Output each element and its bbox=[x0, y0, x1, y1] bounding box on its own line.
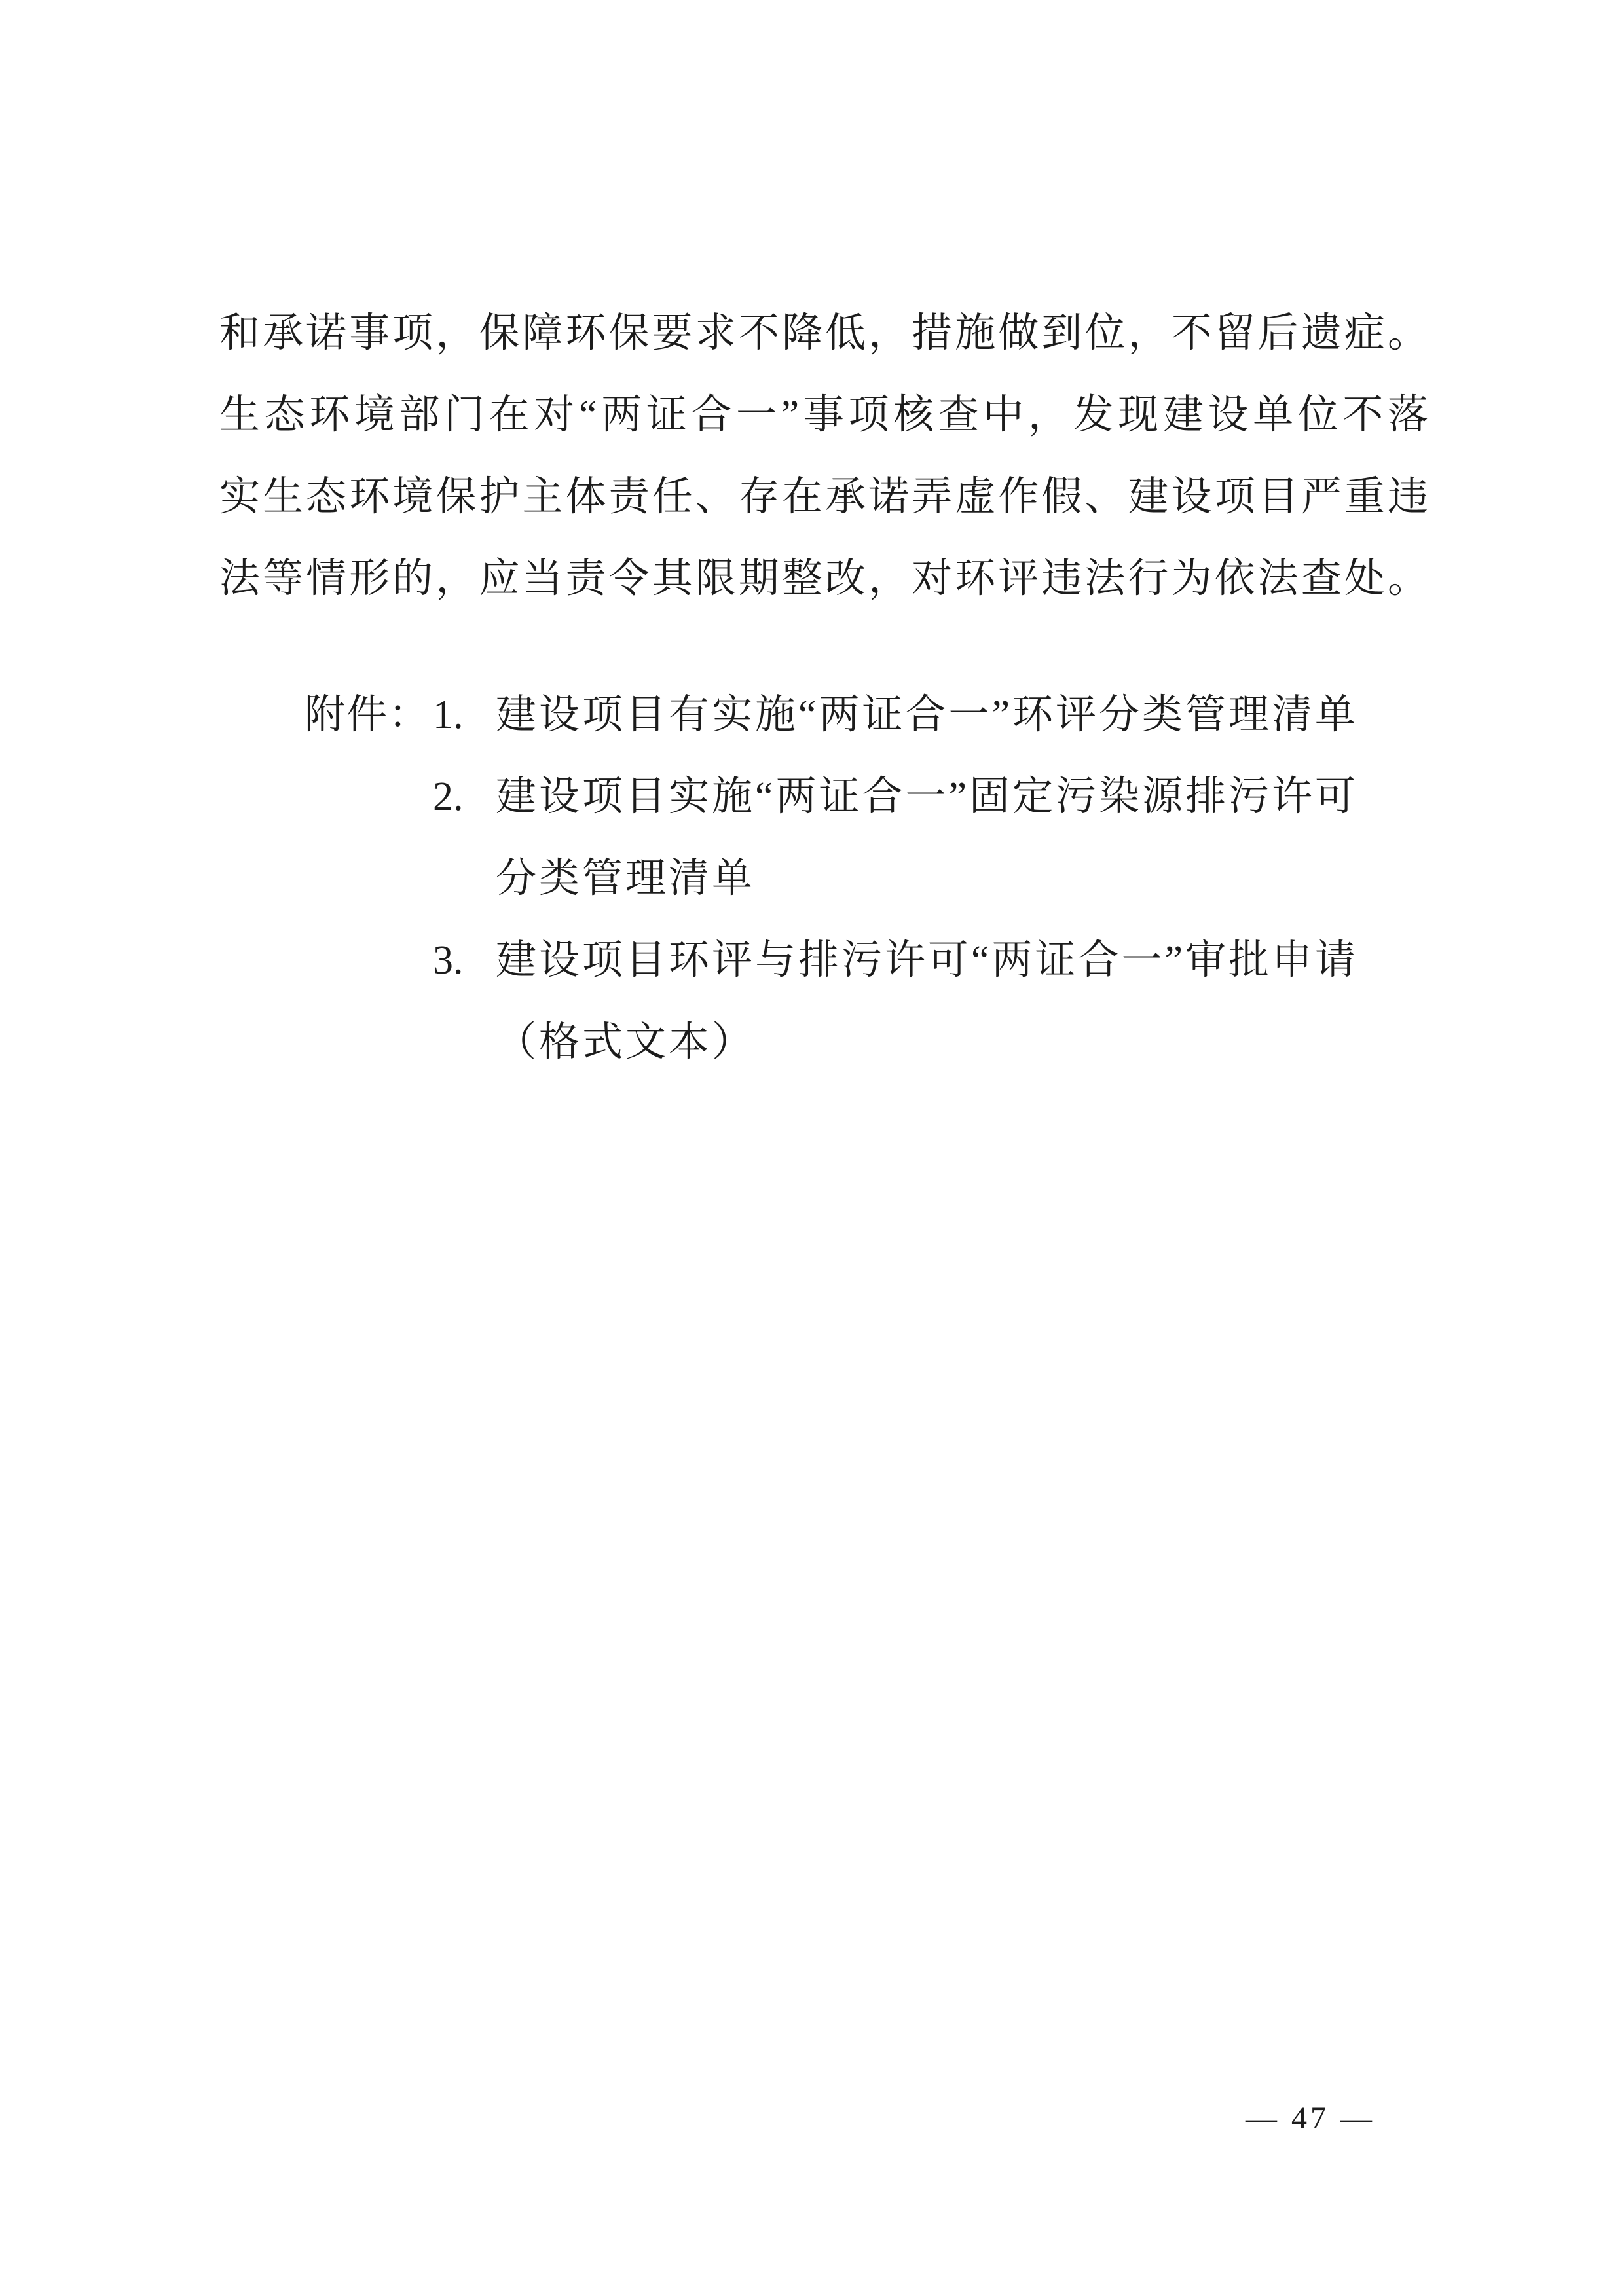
paragraph-line-1: 和承诺事项，保障环保要求不降低，措施做到位，不留后遗症。 bbox=[219, 293, 1428, 374]
attachment-item-1-text: 建设项目有实施“两证合一”环评分类管理清单 bbox=[496, 674, 1358, 756]
indent-spacer bbox=[304, 756, 433, 838]
indent-spacer bbox=[304, 920, 433, 1002]
attachment-item-3-text-line-2: （格式文本） bbox=[496, 1002, 755, 1084]
attachment-item-3-text-line-1: 建设项目环评与排污许可“两证合一”审批申请 bbox=[496, 920, 1358, 1002]
indent-spacer bbox=[433, 838, 496, 920]
attachment-item-1-number: 1. bbox=[433, 674, 496, 756]
paragraph-line-3: 实生态环境保护主体责任、存在承诺弄虚作假、建设项目严重违 bbox=[219, 456, 1428, 538]
attachment-item-2-number: 2. bbox=[433, 756, 496, 838]
paragraph-line-4: 法等情形的，应当责令其限期整改，对环评违法行为依法查处。 bbox=[219, 538, 1428, 620]
attachment-list: 附件： 1. 建设项目有实施“两证合一”环评分类管理清单 2. 建设项目实施“两… bbox=[304, 674, 1470, 1084]
indent-spacer bbox=[304, 1002, 433, 1084]
attachment-row-4: 3. 建设项目环评与排污许可“两证合一”审批申请 bbox=[304, 920, 1470, 1002]
attachment-item-3-number: 3. bbox=[433, 920, 496, 1002]
document-page: 和承诺事项，保障环保要求不降低，措施做到位，不留后遗症。 生态环境部门在对“两证… bbox=[0, 0, 1624, 2296]
indent-spacer bbox=[433, 1002, 496, 1084]
body-paragraph: 和承诺事项，保障环保要求不降低，措施做到位，不留后遗症。 生态环境部门在对“两证… bbox=[219, 293, 1428, 620]
attachment-item-2-text-line-1: 建设项目实施“两证合一”固定污染源排污许可 bbox=[496, 756, 1358, 838]
attachment-row-3: 分类管理清单 bbox=[304, 838, 1470, 920]
attachments-label: 附件： bbox=[304, 674, 433, 756]
indent-spacer bbox=[304, 838, 433, 920]
attachment-item-2-text-line-2: 分类管理清单 bbox=[496, 838, 755, 920]
attachment-row-5: （格式文本） bbox=[304, 1002, 1470, 1084]
paragraph-line-2: 生态环境部门在对“两证合一”事项核查中，发现建设单位不落 bbox=[219, 374, 1428, 456]
page-number: — 47 — bbox=[1246, 2099, 1375, 2138]
attachment-row-1: 附件： 1. 建设项目有实施“两证合一”环评分类管理清单 bbox=[304, 674, 1470, 756]
attachment-row-2: 2. 建设项目实施“两证合一”固定污染源排污许可 bbox=[304, 756, 1470, 838]
